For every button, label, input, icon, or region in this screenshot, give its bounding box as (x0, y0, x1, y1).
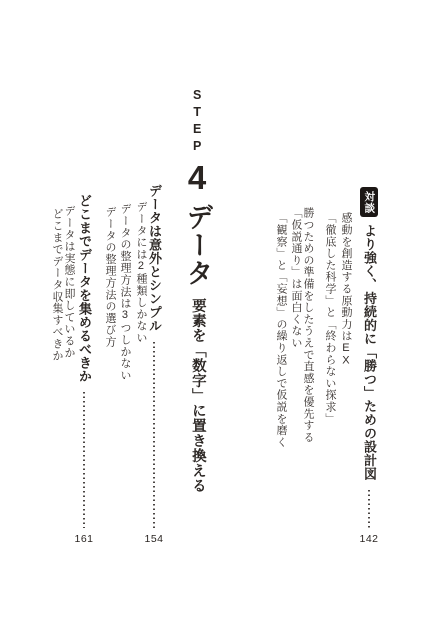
step-label: STEP (190, 88, 204, 156)
chapter-title: データ (184, 203, 211, 287)
dialogue-subitem: 「観察」と「妄想」の繰り返しで仮説を磨く (273, 212, 287, 448)
dialogue-subitem: 感動を創造する原動力はEX (338, 212, 352, 367)
page-number: 142 (359, 533, 378, 545)
chapter-heading: STEP 4 データ 要素を「数字」に置き換える (177, 88, 217, 493)
section-title: どこまでデータを集めるべきか (77, 194, 91, 383)
section-subitem-label: データの整理方法は3つしかない (118, 203, 130, 381)
section-subitem-label: データは実態に即しているか (62, 205, 74, 358)
dialogue-subitem-label: 勝つための準備をしたうえで直感を優先する (301, 207, 313, 443)
section-subitem-label: データには2種類しかない (134, 201, 146, 344)
section-subitem: データの整理方法の選び方 (102, 206, 116, 348)
dialogue-subitem-label: 感動を創造する原動力はEX (339, 212, 351, 367)
chapter-subtitle: 要素を「数字」に置き換える (189, 298, 205, 493)
page-number: 154 (144, 533, 163, 545)
dialogue-badge-label: 対談 (364, 191, 375, 214)
section-title: データは意外とシンプル (147, 184, 161, 333)
dotted-leader (83, 392, 85, 528)
step-number: 4 (188, 161, 206, 194)
dialogue-subitem-label: 「観察」と「妄想」の繰り返しで仮説を磨く (274, 212, 286, 448)
section-subitem-label: どこまでデータ収集すべきか (50, 208, 62, 361)
section-subitem-label: データの整理方法の選び方 (103, 206, 115, 348)
page-number: 161 (74, 533, 93, 545)
section-subitem: どこまでデータ収集すべきか (49, 208, 63, 361)
book-toc-page: 対談 より強く、持続的に「勝つ」ための設計図 142 感動を創造する原動力はEX… (0, 0, 442, 630)
dialogue-subitem: 勝つための準備をしたうえで直感を優先する (300, 207, 314, 443)
toc-entry-section: どこまでデータを集めるべきか 161 (76, 194, 92, 545)
dialogue-subitem-label: 「徹底した科学」と「終わらない探求」 (323, 212, 335, 424)
dotted-leader (153, 342, 155, 529)
dialogue-title: より強く、持続的に「勝つ」ための設計図 (362, 224, 376, 481)
section-subitem: データには2種類しかない (133, 201, 147, 344)
dotted-leader (368, 490, 370, 529)
dialogue-badge: 対談 (360, 187, 378, 217)
dialogue-subitem: 「仮説通り」は面白くない (288, 207, 302, 349)
dialogue-subitem-label: 「仮説通り」は面白くない (289, 207, 301, 349)
toc-entry-dialogue: 対談 より強く、持続的に「勝つ」ための設計図 142 (357, 187, 381, 545)
dialogue-subitem: 「徹底した科学」と「終わらない探求」 (322, 212, 336, 424)
toc-entry-section: データは意外とシンプル 154 (146, 184, 162, 545)
section-subitem: データは実態に即しているか (61, 205, 75, 358)
section-subitem: データの整理方法は3つしかない (117, 203, 131, 381)
